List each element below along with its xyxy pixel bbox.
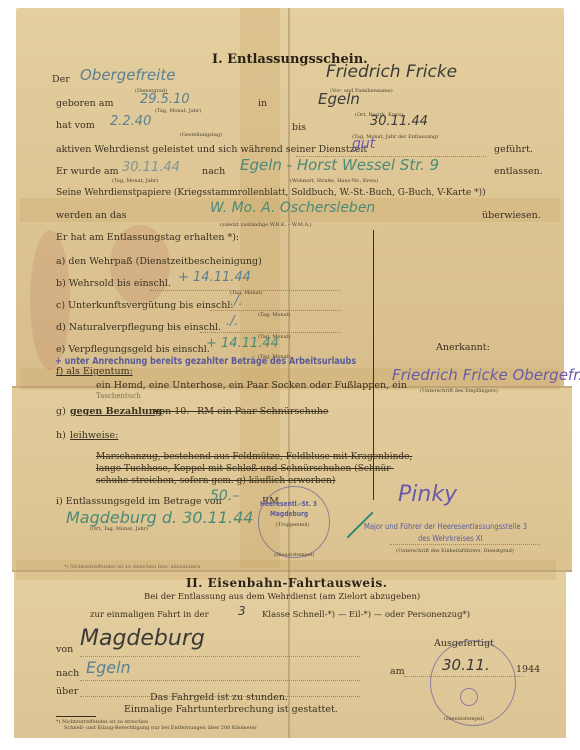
born-label: geboren am bbox=[56, 98, 113, 109]
item-c-hint: (Tag, Monat) bbox=[258, 312, 291, 318]
sent-end: überwiesen. bbox=[482, 210, 541, 221]
officer-title-line-2: des Wehrkreises XI bbox=[418, 534, 483, 543]
address-value: Egeln - Horst Wessel Str. 9 bbox=[240, 156, 439, 174]
service-stamp-hint: (Dienststempel) bbox=[274, 552, 314, 558]
received-text: Er hat am Entlassungstag erhalten *): bbox=[56, 232, 239, 243]
item-f-text-1: ein Hemd, eine Unterhose, ein Paar Socke… bbox=[96, 380, 407, 391]
official-stamp bbox=[430, 640, 516, 726]
dotted-line bbox=[150, 290, 340, 291]
nach2-label: nach bbox=[56, 668, 79, 679]
year-value: 1944 bbox=[516, 664, 540, 675]
am-label: am bbox=[390, 666, 405, 677]
sent-hint: (zuletzt zuständige W.B.K. – W.M.A.) bbox=[220, 222, 312, 228]
officer-title-line-1: Major und Führer der Heeresentlassungsst… bbox=[364, 522, 527, 531]
von-label: von bbox=[56, 644, 73, 655]
item-i-label: i) Entlassungsgeld im Betrage von bbox=[56, 496, 222, 507]
sent-label: werden an das bbox=[56, 210, 127, 221]
place-date-value: Magdeburg d. 30.11.44 bbox=[66, 508, 253, 527]
ueber-label: über bbox=[56, 686, 78, 697]
discharged-value: 30.11.44 bbox=[122, 160, 180, 175]
item-e-label: e) Verpflegungsgeld bis einschl. bbox=[56, 344, 210, 355]
section2-title: II. Eisenbahn-Fahrtausweis. bbox=[186, 576, 387, 590]
stamp-hint: (Dienststempel) bbox=[444, 716, 484, 722]
item-h-label: leihweise: bbox=[70, 430, 118, 441]
fare-note-1: Das Fahrgeld ist zu stunden. bbox=[150, 692, 288, 703]
section2-footnote-2: Schnell- und Eilzug-Berechtigung nur bei… bbox=[64, 725, 257, 731]
unit-stamp-line-2: Magdeburg bbox=[270, 510, 308, 518]
discharged-end: entlassen. bbox=[494, 166, 543, 177]
dotted-line bbox=[80, 656, 360, 657]
item-c-value: ./. bbox=[230, 294, 243, 309]
address-hint: (Wohnort, Straße, Haus-Nr., Kreis) bbox=[290, 178, 378, 184]
am-value: 30.11. bbox=[442, 656, 490, 674]
item-b-value: + 14.11.44 bbox=[178, 270, 251, 285]
service-text: aktiven Wehrdienst geleistet und sich wä… bbox=[56, 144, 367, 155]
recipient-hint: (Unterschrift des Empfängers) bbox=[420, 388, 498, 394]
discharged-hint: (Tag, Monat, Jahr) bbox=[112, 178, 158, 184]
trip-suffix: Klasse Schnell-*) — Eil-*) — oder Person… bbox=[262, 610, 470, 620]
papers-text: Seine Wehrdienstpapiere (Kriegsstammroll… bbox=[56, 188, 486, 198]
service-end: geführt. bbox=[494, 144, 533, 155]
until-value: 30.11.44 bbox=[370, 114, 428, 129]
stamp-emblem-icon bbox=[460, 688, 478, 706]
item-f-text-2: Taschentuch bbox=[96, 392, 141, 400]
item-g-label: gegen Bezahlung bbox=[70, 406, 162, 417]
from-label: hat vom bbox=[56, 120, 95, 131]
item-g-prefix: g) bbox=[56, 406, 66, 417]
dotted-line bbox=[390, 544, 540, 545]
in-label: in bbox=[258, 98, 267, 109]
fold-line-vertical bbox=[288, 8, 290, 738]
from-hint: (Gestellungstag) bbox=[180, 132, 222, 138]
discharged-label: Er wurde am bbox=[56, 166, 119, 177]
fold-line-horizontal bbox=[12, 570, 572, 572]
rank-value: Obergefreite bbox=[80, 66, 175, 84]
born-value: 29.5.10 bbox=[140, 92, 190, 107]
name-value: Friedrich Fricke bbox=[326, 62, 457, 82]
item-d-label: d) Naturalverpflegung bis einschl. bbox=[56, 322, 221, 333]
fare-note-2: Einmalige Fahrtunterbrechung ist gestatt… bbox=[124, 704, 338, 715]
troop-hint: (Truppenteil) bbox=[276, 522, 310, 528]
item-b-label: b) Wehrsold bis einschl. bbox=[56, 278, 171, 289]
nach-label: nach bbox=[202, 166, 225, 177]
der-label: Der bbox=[52, 74, 70, 85]
place-date-hint: (Ort, Tag, Monat, Jahr) bbox=[90, 526, 148, 532]
item-h-prefix: h) bbox=[56, 430, 66, 441]
item-i-value: 50.– bbox=[210, 488, 239, 504]
place-value: Egeln bbox=[318, 90, 360, 108]
footnote-rule bbox=[56, 716, 96, 717]
item-f-label: f) als Eigentum: bbox=[56, 366, 133, 377]
section2-subtitle: Bei der Entlassung aus dem Wehrdienst (a… bbox=[144, 592, 420, 602]
item-h-text-1: Marschanzug, bestehend aus Feldmütze, Fe… bbox=[96, 452, 412, 462]
nach-value: Egeln bbox=[86, 658, 131, 677]
item-a-label: a) den Wehrpaß (Dienstzeitbescheinigung) bbox=[56, 256, 262, 267]
item-c-label: c) Unterkunftsvergütung bis einschl. bbox=[56, 300, 233, 311]
dotted-line bbox=[200, 332, 340, 333]
dotted-line bbox=[210, 310, 340, 311]
trip-prefix: zur einmaligen Fahrt in der bbox=[90, 610, 209, 620]
sent-value: W. Mo. A. Oschersleben bbox=[210, 200, 375, 216]
item-e-value: + 14.11.44 bbox=[206, 336, 279, 351]
conduct-value: gut bbox=[352, 136, 375, 152]
officer-hint: (Unterschrift des Einheitsführers, Diens… bbox=[396, 548, 514, 554]
acknowledged-label: Anerkannt: bbox=[436, 342, 490, 353]
dotted-line bbox=[404, 676, 524, 677]
item-d-value: ./. bbox=[226, 314, 239, 329]
until-label: bis bbox=[292, 122, 306, 133]
class-value: 3 bbox=[238, 604, 246, 618]
dotted-line bbox=[80, 680, 360, 681]
item-g-text: von 10.– RM ein Paar Schnürschuhe bbox=[154, 406, 329, 417]
section1-footnote: *) Nichtzutreffendes ist zu streichen bz… bbox=[64, 564, 201, 570]
recipient-signature: Friedrich Fricke Obergefr. bbox=[392, 366, 580, 384]
from-value: 2.2.40 bbox=[110, 114, 151, 129]
item-h-text-2: lange Tuchhose, Koppel mit Schloß und Sc… bbox=[96, 464, 394, 474]
officer-signature: Pinky bbox=[398, 482, 457, 507]
item-h-text-3: schuhe streichen, sofern gem. g) käuflic… bbox=[96, 476, 335, 486]
unit-stamp-line-1: Heeresentl.-St. 3 bbox=[260, 500, 317, 508]
von-value: Magdeburg bbox=[80, 626, 205, 651]
born-hint: (Tag, Monat, Jahr) bbox=[155, 108, 201, 114]
